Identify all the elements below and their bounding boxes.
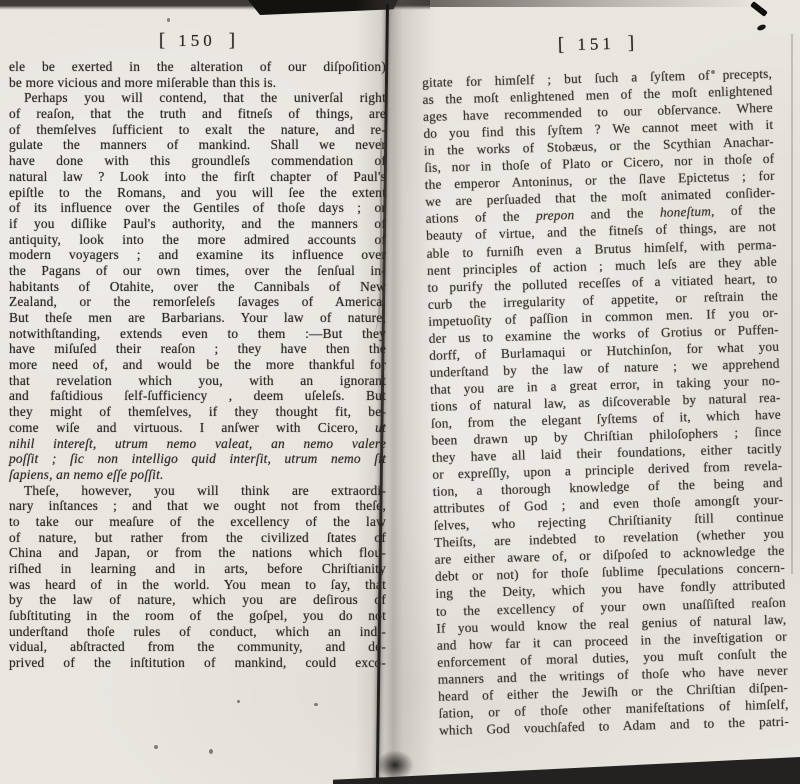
text-segment: notwithſtanding, extends even to them :—… (9, 326, 386, 341)
text-line: ſapiens, an nemo eſſe poſſit. (9, 467, 386, 483)
text-segment: riſhed in learning and in arts, before C… (9, 561, 386, 576)
text-line: nary inſtances ; and that we ought not f… (9, 498, 386, 514)
text-line: prived of the inſtitution of mankind, co… (9, 655, 386, 671)
text-line: they might of themſelves, if they though… (9, 404, 386, 420)
paper-speck (209, 749, 213, 754)
paper-speck (314, 703, 318, 706)
text-segment: China and Japan, or from the nations whi… (9, 545, 386, 560)
left-page-number: 150 (178, 31, 216, 50)
text-segment: vidual, abſtracted from the community, a… (9, 639, 386, 654)
text-line: epiſtle to the Romans, and you will ſee … (9, 185, 386, 201)
bracket-close: ] (615, 32, 648, 54)
text-line: antiquity, look into the more admired ac… (9, 232, 386, 248)
right-page-edge-line (791, 34, 793, 574)
text-line: habitants of Otahite, over the Cannibals… (9, 279, 386, 295)
text-segment: the Pagans of our own times, over the ſe… (9, 263, 386, 278)
text-segment: be more vicious and more miſerable than … (9, 75, 276, 90)
text-segment: have miſuſed their reaſon ; they have th… (9, 341, 386, 356)
text-line: be more vicious and more miſerable than … (9, 75, 386, 91)
italic-text-segment: prepon (536, 207, 575, 223)
text-segment: Theſe, however, you will think are extra… (24, 483, 386, 498)
text-line: to take our meaſure of the excellency of… (9, 514, 386, 530)
text-segment: they might of themſelves, if they though… (9, 404, 386, 419)
top-edge-shadow-right (430, 0, 760, 7)
text-segment: ations of the (425, 208, 536, 226)
text-segment: Zealand, or the remorſeleſs ſavages of A… (9, 294, 386, 309)
text-line: was heard of in the world. You mean to ſ… (9, 577, 386, 593)
text-line: of themſelves ſufficient to exalt the na… (9, 122, 386, 138)
text-segment: more need of, and would be the more than… (9, 357, 386, 372)
text-segment: of themſelves ſufficient to exalt the na… (9, 122, 386, 137)
text-segment: have done with this groundleſs commendat… (9, 153, 386, 168)
text-line: that revelation which you, with an ignor… (9, 373, 386, 389)
text-line: have done with this groundleſs commendat… (9, 153, 386, 169)
text-segment: and the (574, 205, 660, 222)
italic-text-segment: ſapiens, an nemo eſſe poſſit. (9, 467, 164, 482)
text-segment: that revelation which you, with an ignor… (9, 373, 386, 388)
text-segment: underſtand thoſe rules of conduct, which… (9, 624, 386, 639)
text-line: more need of, and would be the more than… (9, 357, 386, 373)
text-segment: natural law ? Look into the firſt chapte… (9, 169, 386, 184)
text-segment: antiquity, look into the more admired ac… (9, 232, 386, 247)
text-line: ele be exerted in the alteration of our … (9, 59, 386, 75)
text-line: ſubſtituting in the room of the goſpel, … (9, 608, 386, 624)
gutter-bottom-blot (376, 750, 414, 780)
text-line: if you diſlike Paul's authority, and the… (9, 216, 386, 232)
text-segment: Perhaps you will contend, that the unive… (24, 90, 386, 105)
paper-speck (154, 745, 158, 749)
text-line: Theſe, however, you will think are extra… (9, 483, 386, 499)
text-line: vidual, abſtracted from the community, a… (9, 639, 386, 655)
left-page-body: ele be exerted in the alteration of our … (9, 59, 386, 671)
italic-text-segment: ut (375, 420, 386, 435)
text-line: natural law ? Look into the firſt chapte… (9, 169, 386, 185)
book-scan-spread: [150] ele be exerted in the alteration o… (0, 0, 800, 784)
text-segment: to take our meaſure of the excellency of… (9, 514, 386, 529)
text-segment: of reaſon, that the truth and fitneſs of… (9, 106, 386, 121)
right-page-body: gitate for himſelf ; but ſuch a ſyſtem o… (422, 65, 789, 739)
text-line: have miſuſed their reaſon ; they have th… (9, 341, 386, 357)
right-page-number: 151 (577, 34, 615, 54)
text-segment: by the law of nature, which you are deſi… (9, 592, 386, 607)
text-line: Perhaps you will contend, that the unive… (9, 90, 386, 106)
text-line: riſhed in learning and in arts, before C… (9, 561, 386, 577)
text-line: of nature, but rather from the civilized… (9, 530, 386, 546)
text-line: of its influence over the Gentiles of th… (9, 200, 386, 216)
text-segment: But theſe men are Barbarians. Your law o… (9, 310, 386, 325)
text-line: by the law of nature, which you are deſi… (9, 592, 386, 608)
text-segment: of nature, but rather from the civilized… (9, 530, 386, 545)
text-line: poſſit ; ſic non intelligo quid interſit… (9, 451, 386, 467)
text-line: nihil intereſt, utrum nemo valeat, an ne… (9, 436, 386, 452)
text-segment: , of the (711, 202, 776, 219)
text-line: China and Japan, or from the nations whi… (9, 545, 386, 561)
text-segment: if you diſlike Paul's authority, and the… (9, 216, 386, 231)
text-line: the Pagans of our own times, over the ſe… (9, 263, 386, 279)
text-line: come wiſe and virtuous. I anſwer with Ci… (9, 420, 386, 436)
text-segment: come wiſe and virtuous. I anſwer with Ci… (9, 420, 375, 435)
text-segment: ſubſtituting in the room of the goſpel, … (9, 608, 386, 623)
paper-speck (237, 700, 240, 703)
bracket-open: [ (545, 34, 578, 56)
text-segment: nary inſtances ; and that we ought not f… (9, 498, 386, 513)
paper-speck (167, 18, 170, 22)
italic-text-segment: poſſit ; ſic non intelligo quid interſit… (9, 451, 386, 466)
text-line: Zealand, or the remorſeleſs ſavages of A… (9, 294, 386, 310)
text-line: of reaſon, that the truth and fitneſs of… (9, 106, 386, 122)
right-page-header: [151] (421, 31, 771, 57)
text-segment: modern voyagers ; and examine its influe… (9, 247, 386, 262)
text-segment: and faſtidious ſelf-ſufficiency , deem u… (9, 388, 386, 403)
text-segment: gulate the manners of mankind. Shall we … (9, 137, 386, 152)
bracket-open: [ (146, 30, 178, 51)
text-line: gulate the manners of mankind. Shall we … (9, 137, 386, 153)
text-line: and faſtidious ſelf-ſufficiency , deem u… (9, 388, 386, 404)
italic-text-segment: nihil intereſt, utrum nemo valeat, an ne… (9, 436, 386, 451)
right-page: [151] gitate for himſelf ; but ſuch a ſy… (421, 31, 789, 739)
bracket-close: ] (216, 30, 248, 51)
text-line: notwithſtanding, extends even to them :—… (9, 326, 386, 342)
text-segment: prived of the inſtitution of mankind, co… (9, 655, 386, 670)
text-segment: habitants of Otahite, over the Cannibals… (9, 279, 386, 294)
text-segment: ele be exerted in the alteration of our … (9, 59, 386, 74)
left-page-header: [150] (9, 30, 385, 52)
text-line: But theſe men are Barbarians. Your law o… (9, 310, 386, 326)
italic-text-segment: honeſtum (660, 204, 711, 220)
text-segment: was heard of in the world. You mean to ſ… (9, 577, 386, 592)
text-segment: of its influence over the Gentiles of th… (9, 200, 386, 215)
text-segment: epiſtle to the Romans, and you will ſee … (9, 185, 386, 200)
text-line: underſtand thoſe rules of conduct, which… (9, 624, 386, 640)
text-line: modern voyagers ; and examine its influe… (9, 247, 386, 263)
